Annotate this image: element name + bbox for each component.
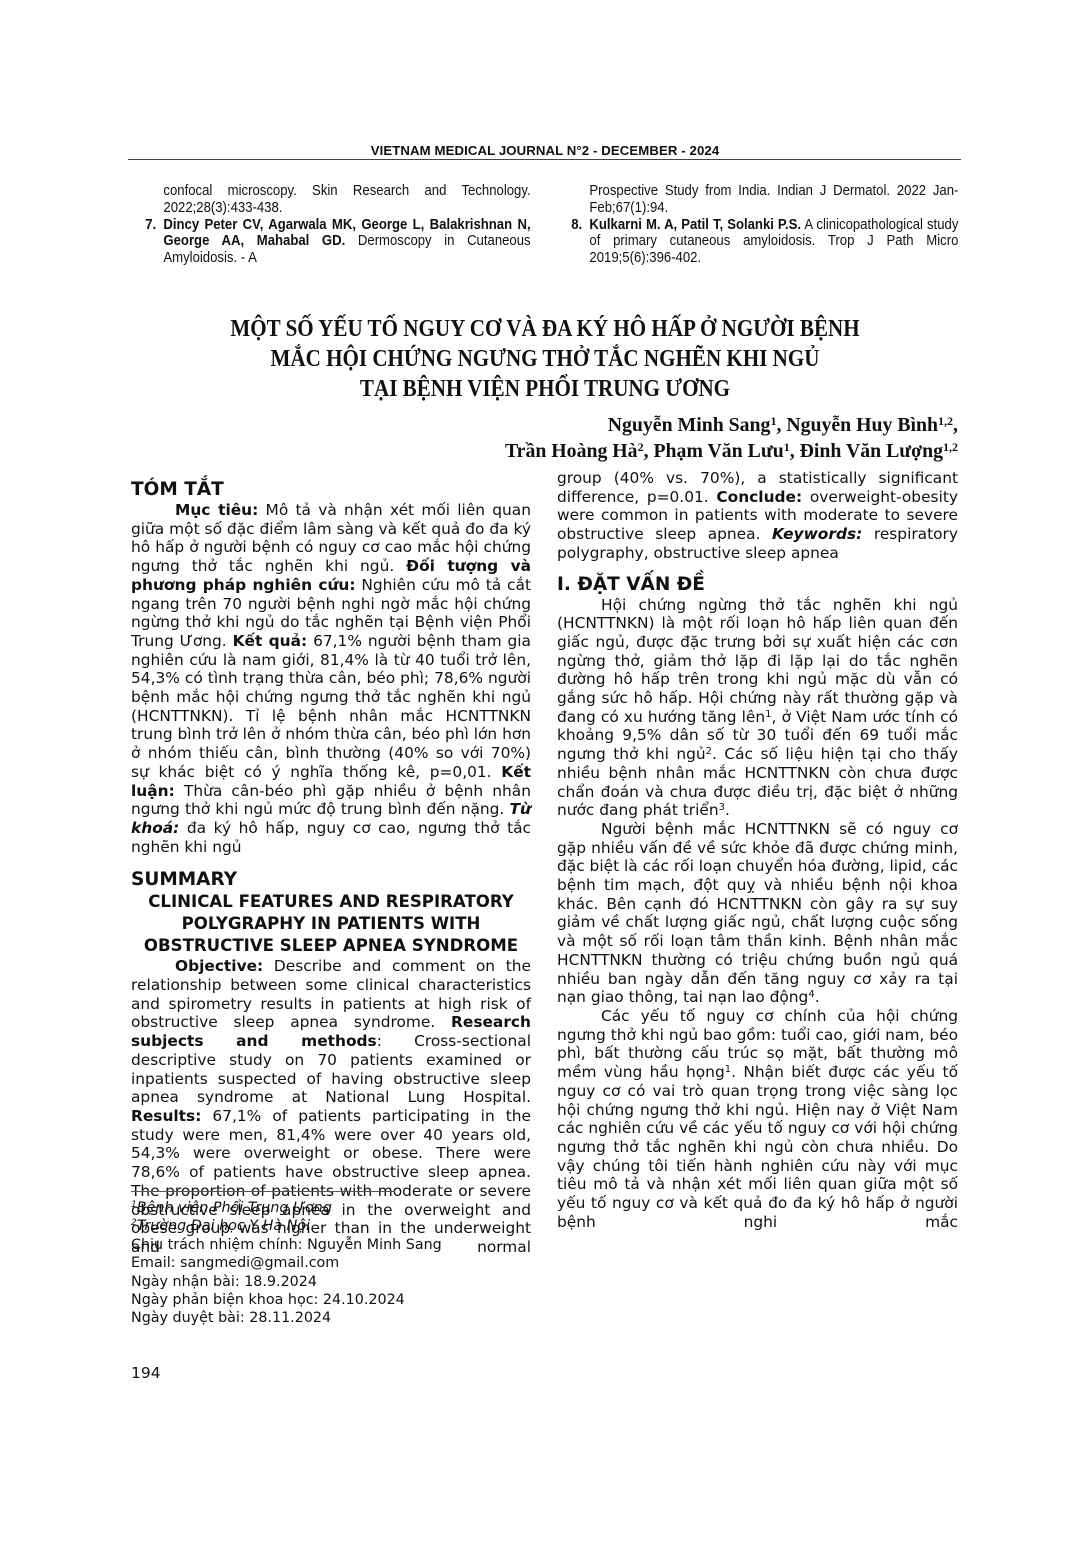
references-left: confocal microscopy. Skin Research and T…: [131, 183, 531, 267]
email: Email: sangmedi@gmail.com: [131, 1254, 442, 1272]
separator: ,: [644, 440, 654, 462]
separator: ,: [790, 440, 800, 462]
right-column: group (40% vs. 70%), a statistically sig…: [557, 469, 958, 1231]
reference-continuation: confocal microscopy. Skin Research and T…: [131, 183, 531, 217]
running-head: VIETNAM MEDICAL JOURNAL N°2 - DECEMBER -…: [128, 143, 962, 158]
author-affiliation: 1,2: [943, 440, 958, 454]
date-accepted: Ngày duyệt bài: 28.11.2024: [131, 1309, 442, 1327]
intro-paragraph-1: Hội chứng ngừng thở tắc nghẽn khi ngủ (H…: [557, 596, 958, 820]
label-keywords: Keywords:: [772, 525, 862, 543]
reference-text: Prospective Study from India. Indian J D…: [589, 183, 958, 216]
corresponding-author: Chịu trách nhiệm chính: Nguyễn Minh Sang: [131, 1236, 442, 1254]
text: Người bệnh mắc HCNTTNKN sẽ có nguy cơ gặ…: [557, 820, 958, 1006]
affiliation-2: 2Trường Đại học Y Hà Nội: [131, 1217, 442, 1235]
section-heading-summary: SUMMARY: [131, 869, 531, 891]
reference-number: 8.: [557, 217, 582, 234]
title-line: CLINICAL FEATURES AND RESPIRATORY: [131, 891, 531, 913]
title-line: POLYGRAPHY IN PATIENTS WITH: [131, 913, 531, 935]
reference-item-8: 8. Kulkarni M. A, Patil T, Solanki P.S. …: [557, 217, 958, 267]
reference-text: confocal microscopy. Skin Research and T…: [163, 183, 530, 216]
date-received: Ngày nhận bài: 18.9.2024: [131, 1273, 442, 1291]
text: Hội chứng ngừng thở tắc nghẽn khi ngủ (H…: [557, 596, 958, 726]
title-line: MẮC HỘI CHỨNG NGƯNG THỞ TẮC NGHẼN KHI NG…: [188, 344, 902, 374]
intro-paragraph-3: Các yếu tố nguy cơ chính của hội chứng n…: [557, 1007, 958, 1231]
author-line: Nguyễn Minh Sang1, Nguyễn Huy Bình1,2,: [505, 412, 958, 438]
title-line: OBSTRUCTIVE SLEEP APNEA SYNDROME: [131, 935, 531, 957]
affiliation-1: 1Bệnh viện Phổi Trung Ương: [131, 1199, 442, 1217]
author-line: Trần Hoàng Hà2, Phạm Văn Lưu1, Đinh Văn …: [505, 438, 958, 464]
references-right: Prospective Study from India. Indian J D…: [557, 183, 958, 267]
author-name: Phạm Văn Lưu: [653, 440, 783, 462]
affiliation-text: Bệnh viện Phổi Trung Ương: [137, 1200, 332, 1216]
title-line: TẠI BỆNH VIỆN PHỔI TRUNG ƯƠNG: [188, 374, 902, 404]
author-name: Nguyễn Huy Bình: [786, 414, 938, 436]
header-rule: [128, 159, 961, 160]
separator: ,: [953, 414, 958, 436]
text: .: [815, 988, 820, 1006]
abstract-vi-paragraph: Mục tiêu: Mô tả và nhận xét mối liên qua…: [131, 501, 531, 856]
author-list: Nguyễn Minh Sang1, Nguyễn Huy Bình1,2, T…: [505, 412, 958, 464]
page-number: 194: [131, 1364, 161, 1382]
reference-number: 7.: [131, 217, 156, 234]
label-results: Kết quả:: [233, 632, 308, 650]
text: . Nhận biết được các yếu tố nguy cơ có v…: [557, 1063, 958, 1231]
reference-authors: Kulkarni M. A, Patil T, Solanki P.S.: [589, 217, 801, 233]
text: 67,1% người bệnh tham gia nghiên cứu là …: [131, 632, 531, 781]
reference-item-7: 7. Dincy Peter CV, Agarwala MK, George L…: [131, 217, 531, 267]
footnote-rule: [131, 1191, 395, 1192]
text: .: [725, 801, 730, 819]
label-results: Results:: [131, 1107, 201, 1125]
text: đa ký hô hấp, nguy cơ cao, ngưng thở tắc…: [131, 819, 531, 856]
footnotes: 1Bệnh viện Phổi Trung Ương 2Trường Đại h…: [131, 1199, 442, 1328]
title-line: MỘT SỐ YẾU TỐ NGUY CƠ VÀ ĐA KÝ HÔ HẤP Ở …: [188, 314, 902, 344]
reference-continuation: Prospective Study from India. Indian J D…: [557, 183, 958, 217]
text: Thừa cân-béo phì gặp nhiều ở bệnh nhân n…: [131, 782, 531, 819]
author-name: Đinh Văn Lượng: [800, 440, 943, 462]
label-objective: Objective:: [175, 957, 263, 975]
article-title: MỘT SỐ YẾU TỐ NGUY CƠ VÀ ĐA KÝ HÔ HẤP Ở …: [188, 314, 902, 404]
label-conclude: Conclude:: [716, 488, 802, 506]
author-name: Trần Hoàng Hà: [505, 440, 638, 462]
author-affiliation: 1,2: [938, 414, 953, 428]
separator: ,: [776, 414, 786, 436]
affiliation-text: Trường Đại học Y Hà Nội: [137, 1218, 310, 1234]
left-column: TÓM TẮT Mục tiêu: Mô tả và nhận xét mối …: [131, 479, 531, 1257]
intro-paragraph-2: Người bệnh mắc HCNTTNKN sẽ có nguy cơ gặ…: [557, 820, 958, 1007]
section-heading-introduction: I. ĐẶT VẤN ĐỀ: [557, 574, 958, 596]
label-objective: Mục tiêu:: [175, 501, 258, 519]
abstract-en-continuation: group (40% vs. 70%), a statistically sig…: [557, 469, 958, 563]
date-reviewed: Ngày phản biện khoa học: 24.10.2024: [131, 1291, 442, 1309]
author-name: Nguyễn Minh Sang: [608, 414, 771, 436]
section-heading-abstract-vi: TÓM TẮT: [131, 479, 531, 501]
english-title: CLINICAL FEATURES AND RESPIRATORY POLYGR…: [131, 891, 531, 957]
